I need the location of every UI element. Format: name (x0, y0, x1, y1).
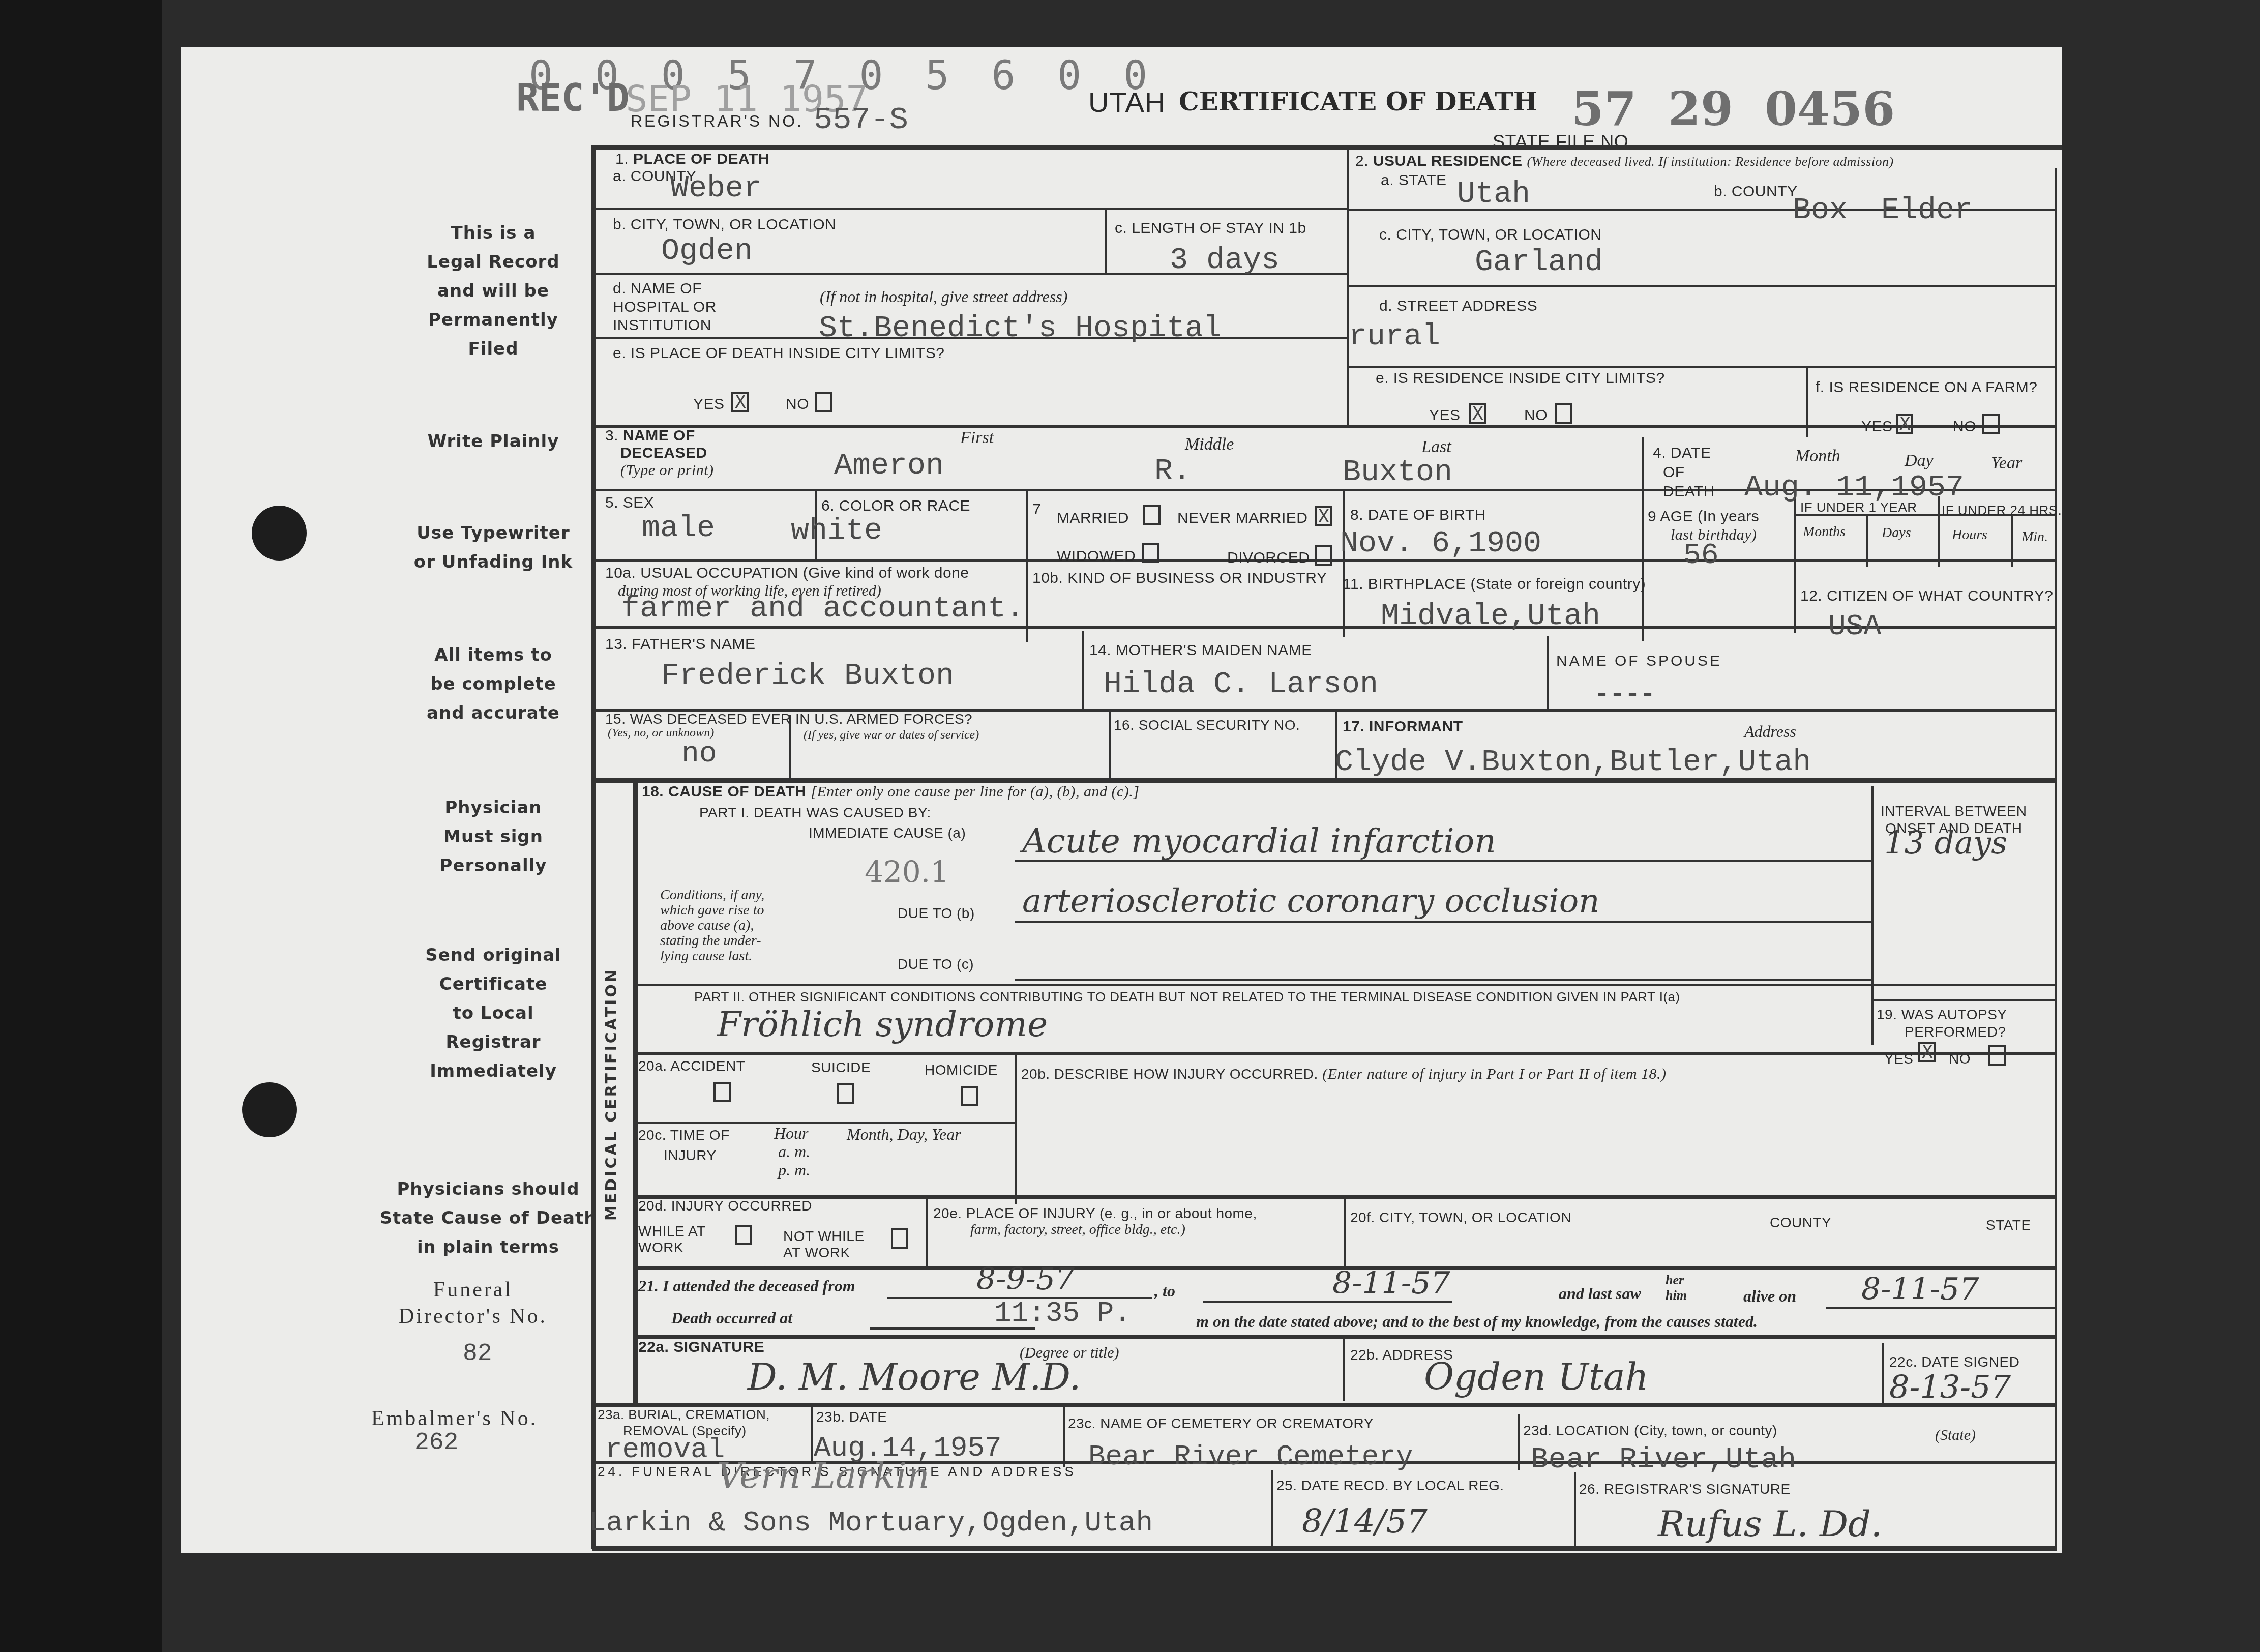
hospital-field[interactable]: St.Benedict's Hospital (819, 311, 1222, 346)
her-him-label: her him (1666, 1273, 1687, 1303)
note-line: to Local (386, 999, 600, 1028)
age-field[interactable]: 56 (1683, 539, 1719, 572)
funeral-director-address-field[interactable]: Larkin & Sons Mortuary,Ogden,Utah (589, 1507, 1153, 1539)
note-line: and will be (386, 277, 600, 306)
never-married-checkbox[interactable] (1315, 506, 1332, 526)
sex-field[interactable]: male (642, 511, 715, 546)
attended-from-field[interactable]: 8-9-57 (976, 1261, 1075, 1297)
while-at-work-label: WHILE AT WORK (638, 1223, 706, 1256)
label-line: 23a. BURIAL, CREMATION, (598, 1406, 770, 1423)
divider (1343, 1338, 1345, 1401)
father-name-field[interactable]: Frederick Buxton (661, 659, 954, 693)
injury-county-label: COUNTY (1770, 1215, 1831, 1231)
note-complete: All items to be complete and accurate (386, 641, 600, 728)
describe-injury-field[interactable] (1020, 1088, 2052, 1193)
informant-label: 17. INFORMANT (1343, 718, 1463, 735)
label-line: a. m. (774, 1142, 810, 1161)
mdy-label: Month, Day, Year (847, 1125, 961, 1144)
punch-hole-bottom (242, 1082, 297, 1137)
received-stamp: REC'D (516, 76, 630, 120)
birthplace-label: 11. BIRTHPLACE (State or foreign country… (1343, 576, 1646, 593)
note-line: Legal Record (386, 248, 600, 277)
middle-name-label: Middle (1185, 435, 1234, 454)
divider (1026, 489, 1028, 642)
name-hint: (Type or print) (605, 462, 714, 479)
alive-on-line (1826, 1307, 2055, 1309)
armed-forces-field[interactable]: no (681, 737, 717, 771)
describe-injury-label: 20b. DESCRIBE HOW INJURY OCCURRED. (Ente… (1021, 1066, 1667, 1083)
suicide-checkbox[interactable] (837, 1083, 854, 1104)
label-line: DEATH (1653, 482, 1715, 501)
suicide-label: SUICIDE (811, 1059, 871, 1076)
signature-title: 22a. SIGNATURE (638, 1339, 764, 1355)
last-name-label: Last (1421, 437, 1451, 457)
citizen-label: 12. CITIZEN OF WHAT COUNTRY? (1800, 587, 2053, 605)
last-saw-alive-field[interactable]: 8-11-57 (1861, 1272, 1979, 1307)
yes-label: YES (1429, 407, 1461, 424)
yes-label: YES (1861, 418, 1893, 435)
note-line: Personally (386, 851, 600, 880)
widowed-label: WIDOWED (1057, 548, 1136, 565)
farm-no-checkbox[interactable] (1982, 414, 2000, 434)
note-line: lying cause last. (660, 949, 764, 964)
last-name-field[interactable]: Buxton (1343, 455, 1452, 490)
informant-address-label: Address (1744, 722, 1796, 741)
note-legal-record: This is a Legal Record and will be Perma… (386, 219, 600, 364)
cemetery-field[interactable]: Bear River Cemetery (1088, 1440, 1413, 1473)
race-label: 6. COLOR OR RACE (821, 497, 970, 515)
item-number: 2. (1355, 153, 1369, 169)
dob-label: 8. DATE OF BIRTH (1350, 507, 1486, 524)
divorced-checkbox[interactable] (1315, 545, 1332, 566)
note-line: and accurate (386, 699, 600, 728)
item-number: 3. (605, 427, 618, 444)
her-option[interactable]: her (1666, 1273, 1687, 1288)
divider (636, 984, 2055, 986)
divider (1015, 1052, 1017, 1204)
not-while-at-work-checkbox[interactable] (891, 1228, 908, 1249)
race-field[interactable]: white (791, 514, 882, 548)
divorced-label: DIVORCED (1227, 549, 1310, 567)
item1-heading: 1. PLACE OF DEATH (615, 151, 769, 168)
label-line: p. m. (774, 1161, 810, 1179)
divider (592, 425, 2057, 428)
residence-inside-city-no-checkbox[interactable] (1555, 403, 1572, 424)
label-line: INJURY (638, 1145, 730, 1166)
mother-name-field[interactable]: Hilda C. Larson (1104, 667, 1378, 702)
no-label: NO (1953, 418, 1976, 435)
place-inside-city-no-checkbox[interactable] (815, 392, 832, 412)
label-line: 9 AGE (In years (1648, 508, 1759, 526)
label-line: NAME OF (623, 427, 695, 444)
label-line: 19. WAS AUTOPSY (1877, 1006, 2007, 1023)
note-line: Certificate (386, 970, 600, 999)
autopsy-yes-checkbox[interactable] (1918, 1042, 1936, 1062)
to-label: , to (1154, 1282, 1175, 1301)
label-line: Funeral (371, 1277, 575, 1303)
months-label: Months (1803, 524, 1846, 540)
describe-title: 20b. DESCRIBE HOW INJURY OCCURRED. (1021, 1066, 1318, 1082)
note-line: Physicians should (366, 1175, 610, 1204)
note-typewriter: Use Typewriter or Unfading Ink (386, 519, 600, 577)
yes-label: YES (1884, 1051, 1914, 1067)
first-name-field[interactable]: Ameron (834, 449, 944, 483)
item2-heading: 2. USUAL RESIDENCE (Where deceased lived… (1355, 153, 1894, 170)
divider (1794, 496, 1796, 633)
last-saw-label: and last saw (1559, 1284, 1641, 1303)
immediate-cause-label: IMMEDIATE CAUSE (a) (809, 825, 966, 841)
medical-certification-inner-border (633, 781, 638, 1404)
embalmer-no-label: Embalmer's No. (371, 1406, 538, 1431)
due-to-b-field[interactable]: arteriosclerotic coronary occlusion (1022, 882, 1599, 920)
date-of-birth-field[interactable]: Nov. 6,1900 (1340, 526, 1541, 561)
part1-label: PART I. DEATH WAS CAUSED BY: (699, 805, 931, 821)
form-bottom-border (592, 1546, 2057, 1551)
married-checkbox[interactable] (1143, 505, 1161, 525)
label-line: INSTITUTION (613, 316, 717, 335)
funeral-director-no: 82 (463, 1340, 492, 1368)
length-of-stay-field[interactable]: 3 days (1170, 243, 1280, 278)
injury-city-label: 20f. CITY, TOWN, OR LOCATION (1350, 1209, 1571, 1226)
label-line: HOSPITAL OR (613, 298, 717, 316)
registrar-signature-label: 26. REGISTRAR'S SIGNATURE (1579, 1481, 1791, 1497)
street-label: d. STREET ADDRESS (1379, 298, 1537, 315)
death-statement: m on the date stated above; and to the b… (1196, 1312, 1758, 1331)
note-line: be complete (386, 670, 600, 699)
not-while-at-work-label: NOT WHILE AT WORK (783, 1228, 865, 1261)
note-line: Send original (386, 941, 600, 970)
divider (1343, 489, 1345, 637)
citizen-field[interactable]: USA (1828, 610, 1881, 643)
residence-inside-city-yes-checkbox[interactable] (1469, 403, 1486, 424)
cause-code-note: 420.1 (865, 854, 949, 889)
certificate-title: CERTIFICATE OF DEATH (1179, 86, 1537, 116)
burial-location-label: 23d. LOCATION (City, town, or county) (1523, 1423, 1777, 1439)
spouse-field[interactable]: ---- (1594, 681, 1655, 710)
spouse-label: NAME OF SPOUSE (1556, 653, 1722, 670)
year-label: Year (1991, 454, 2022, 473)
funeral-director-no-label: Funeral Director's No. (371, 1277, 575, 1330)
interval-field[interactable]: 13 days (1884, 824, 2007, 861)
physician-signature[interactable]: D. M. Moore M.D. (748, 1355, 1081, 1398)
burial-state-label: (State) (1935, 1427, 1976, 1444)
divider (1574, 1472, 1576, 1546)
place-of-injury-hint: farm, factory, street, office bldg., etc… (970, 1222, 1185, 1238)
residence-county-label: b. COUNTY (1714, 183, 1798, 200)
due-to-b-label: DUE TO (b) (898, 905, 975, 922)
days-label: Days (1882, 525, 1911, 541)
cause-b-line (1015, 921, 1871, 923)
hour-label: Hour a. m. p. m. (774, 1124, 810, 1179)
label-line: INTERVAL BETWEEN (1881, 803, 2027, 820)
note-line: Conditions, if any, (660, 888, 764, 903)
residence-city-field[interactable]: Garland (1475, 245, 1603, 280)
attended-to-field[interactable]: 8-11-57 (1332, 1265, 1450, 1301)
divider (592, 778, 2057, 783)
no-label: NO (786, 396, 809, 413)
conditions-note: Conditions, if any, which gave rise to a… (660, 888, 764, 964)
label-line: AT WORK (783, 1245, 865, 1261)
attended-label: 21. I attended the deceased from (638, 1277, 855, 1295)
physician-address-field[interactable]: Ogden Utah (1424, 1355, 1649, 1398)
date-signed-field[interactable]: 8-13-57 (1889, 1368, 2011, 1405)
divider (636, 1335, 2055, 1339)
farm-label: f. IS RESIDENCE ON A FARM? (1816, 379, 2037, 396)
divider (1547, 636, 1549, 712)
note-line: Immediately (386, 1057, 600, 1086)
burial-type-field[interactable]: removal (605, 1433, 725, 1466)
marital-num: 7 (1032, 501, 1041, 518)
label-line: 4. DATE (1653, 444, 1715, 463)
father-label: 13. FATHER'S NAME (605, 636, 755, 653)
birthplace-field[interactable]: Midvale,Utah (1381, 599, 1600, 634)
residence-street-field[interactable]: rural (1349, 319, 1440, 354)
no-label: NO (1524, 407, 1548, 424)
divider (1271, 1470, 1273, 1546)
divider (1063, 1406, 1065, 1467)
label-line: WHILE AT (638, 1223, 706, 1240)
note-plain-terms: Physicians should State Cause of Death i… (366, 1175, 610, 1262)
scanner-background-left (0, 0, 162, 1652)
hospital-hint: (If not in hospital, give street address… (820, 287, 1067, 306)
widowed-checkbox[interactable] (1142, 543, 1159, 563)
stay-label: c. LENGTH OF STAY IN 1b (1115, 220, 1306, 237)
never-married-label: NEVER MARRIED (1177, 510, 1308, 527)
attended-to-line (1203, 1301, 1452, 1303)
city-label: b. CITY, TOWN, OR LOCATION (613, 216, 836, 233)
state-file-number: 57 29 0456 (1571, 81, 1895, 136)
month-label: Month (1795, 447, 1840, 466)
label-line: DECEASED (620, 445, 707, 461)
note-line: Permanently (386, 306, 600, 335)
middle-name-field[interactable]: R. (1154, 454, 1191, 489)
residence-inside-city-label: e. IS RESIDENCE INSIDE CITY LIMITS? (1376, 370, 1665, 387)
note-line: All items to (386, 641, 600, 670)
business-label: 10b. KIND OF BUSINESS OR INDUSTRY (1032, 570, 1327, 587)
injury-occurred-label: 20d. INJURY OCCURRED (638, 1198, 812, 1214)
death-city-field[interactable]: Ogden (661, 234, 753, 269)
under-1-year-label: IF UNDER 1 YEAR (1800, 499, 1917, 515)
autopsy-no-checkbox[interactable] (1988, 1045, 2006, 1066)
note-line: or Unfading Ink (386, 548, 600, 577)
medical-certification-label: MEDICAL CERTIFICATION (603, 967, 620, 1221)
divider (1938, 496, 1940, 567)
homicide-label: HOMICIDE (925, 1062, 998, 1078)
divider (1642, 437, 1644, 641)
occupation-field[interactable]: farmer and accountant. (621, 592, 1024, 626)
mother-label: 14. MOTHER'S MAIDEN NAME (1089, 642, 1312, 659)
item2-hint: (Where deceased lived. If institution: R… (1527, 154, 1893, 169)
while-at-work-checkbox[interactable] (735, 1225, 752, 1245)
homicide-checkbox[interactable] (961, 1086, 978, 1106)
death-county-field[interactable]: Weber (670, 171, 762, 206)
him-option[interactable]: him (1666, 1288, 1687, 1303)
deceased-name-label: 3. NAME OF DECEASED (Type or print) (605, 427, 714, 479)
day-label: Day (1905, 451, 1934, 470)
cause-of-death-heading: 18. CAUSE OF DEATH [Enter only one cause… (642, 783, 1139, 801)
funeral-director-signature[interactable]: Vern Larkin (717, 1455, 930, 1496)
label-line: PERFORMED? (1877, 1023, 2007, 1041)
inside-city-label: e. IS PLACE OF DEATH INSIDE CITY LIMITS? (613, 345, 944, 362)
note-line: Registrar (386, 1028, 600, 1057)
part2-label: PART II. OTHER SIGNIFICANT CONDITIONS CO… (694, 989, 1680, 1005)
farm-yes-checkbox[interactable] (1896, 414, 1913, 434)
note-line: Filed (386, 335, 600, 364)
married-label: MARRIED (1057, 510, 1129, 527)
burial-location-field[interactable]: Bear River,Utah (1531, 1443, 1796, 1477)
note-line: State Cause of Death (366, 1204, 610, 1233)
note-line: Physician (386, 793, 600, 822)
date-received-field[interactable]: 8/14/57 (1302, 1503, 1428, 1541)
yes-label: YES (693, 396, 725, 413)
label-line: Director's No. (371, 1303, 575, 1330)
residence-county-field[interactable]: Box Elder (1793, 193, 1973, 228)
service-hint: (If yes, give war or dates of service) (804, 728, 979, 742)
item1-title: PLACE OF DEATH (633, 151, 769, 167)
hours-label: Hours (1952, 527, 1987, 543)
punch-hole-top (252, 506, 307, 560)
note-write-plainly: Write Plainly (386, 427, 600, 456)
divider (1082, 631, 1084, 710)
divider (1105, 208, 1107, 274)
note-line: above cause (a), (660, 918, 764, 933)
label-line: WORK (638, 1240, 706, 1256)
residence-city-label: c. CITY, TOWN, OR LOCATION (1379, 226, 1602, 244)
accident-label: 20a. ACCIDENT (638, 1058, 745, 1074)
death-time-field[interactable]: 11:35 P. (994, 1297, 1131, 1330)
residence-state-field[interactable]: Utah (1457, 177, 1530, 212)
place-inside-city-yes-checkbox[interactable] (731, 392, 749, 412)
form-right-border (2055, 168, 2057, 1546)
title-prefix: UTAH (1088, 85, 1166, 119)
part2-field[interactable]: Fröhlich syndrome (717, 1005, 1048, 1045)
item-number: 1. (615, 151, 629, 167)
hospital-label: d. NAME OF HOSPITAL OR INSTITUTION (613, 280, 717, 335)
divider (1344, 1198, 1346, 1269)
describe-hint: (Enter nature of injury in Part I or Par… (1322, 1066, 1666, 1082)
form-top-border (592, 145, 2062, 150)
date-of-death-label: 4. DATE OF DEATH (1653, 444, 1715, 501)
alive-on-label: alive on (1743, 1287, 1796, 1306)
item2-title: USUAL RESIDENCE (1373, 153, 1523, 169)
divider (1871, 999, 2055, 1001)
due-to-c-label: DUE TO (c) (898, 956, 974, 972)
divider (811, 1406, 813, 1462)
divider (926, 1198, 928, 1269)
divider (1347, 366, 2056, 368)
registrar-no: 557-S (814, 102, 908, 138)
death-at-label: Death occurred at (671, 1309, 792, 1327)
cause-title: 18. CAUSE OF DEATH (642, 783, 807, 800)
immediate-cause-field[interactable]: Acute myocardial infarction (1022, 821, 1496, 861)
occupation-label: 10a. USUAL OCCUPATION (Give kind of work… (605, 565, 969, 582)
burial-date-label: 23b. DATE (816, 1409, 887, 1425)
note-line: in plain terms (366, 1233, 610, 1262)
form-left-border (591, 145, 596, 1549)
label-line: OF (1653, 463, 1715, 482)
time-of-injury-label: 20c. TIME OF INJURY (638, 1125, 730, 1166)
date-received-label: 25. DATE RECD. BY LOCAL REG. (1276, 1478, 1504, 1494)
divider (1882, 1343, 1884, 1404)
note-line: Use Typewriter (386, 519, 600, 548)
cemetery-label: 23c. NAME OF CEMETERY OR CREMATORY (1068, 1415, 1374, 1432)
signature-label: 22a. SIGNATURE (638, 1339, 764, 1356)
first-name-label: First (960, 428, 994, 448)
cause-hint: [Enter only one cause per line for (a), … (811, 783, 1139, 800)
autopsy-label: 19. WAS AUTOPSY PERFORMED? (1877, 1006, 2007, 1041)
note-physician-sign: Physician Must sign Personally (386, 793, 600, 880)
min-label: Min. (2021, 529, 2048, 545)
state-label: a. STATE (1381, 172, 1447, 189)
under-24-hrs-label: IF UNDER 24 HRS. (1942, 503, 2062, 518)
note-line: which gave rise to (660, 903, 764, 918)
label-line: NOT WHILE (783, 1228, 865, 1245)
divider (1347, 285, 2056, 287)
registrar-no-label: REGISTRAR'S NO. (631, 112, 804, 131)
divider (1109, 712, 1111, 781)
divider (1871, 786, 1874, 1045)
note-line: Must sign (386, 822, 600, 851)
informant-field[interactable]: Clyde V.Buxton,Butler,Utah (1335, 745, 1811, 780)
note-line: stating the under- (660, 933, 764, 949)
label-line: Hour (774, 1124, 810, 1142)
label-line: d. NAME OF (613, 280, 717, 298)
note-send-original: Send original Certificate to Local Regis… (386, 941, 600, 1086)
informant-title: 17. INFORMANT (1343, 718, 1463, 735)
divider (636, 1122, 1015, 1124)
injury-state-label: STATE (1986, 1217, 2031, 1233)
armed-forces-label: 15. WAS DECEASED EVER IN U.S. ARMED FORC… (605, 711, 972, 727)
accident-checkbox[interactable] (713, 1082, 731, 1102)
sex-label: 5. SEX (605, 494, 654, 512)
divider (592, 208, 1348, 210)
cause-c-line (1015, 979, 1871, 981)
registrar-signature[interactable]: Rufus L. Dd. (1658, 1503, 1882, 1545)
divider (636, 1052, 2055, 1055)
no-label: NO (1949, 1051, 1971, 1067)
note-line: This is a (386, 219, 600, 248)
place-of-injury-label: 20e. PLACE OF INJURY (e. g., in or about… (933, 1205, 1257, 1222)
ssn-label: 16. SOCIAL SECURITY NO. (1114, 717, 1300, 733)
embalmer-no: 262 (414, 1429, 458, 1457)
label-line: 20c. TIME OF (638, 1125, 730, 1145)
